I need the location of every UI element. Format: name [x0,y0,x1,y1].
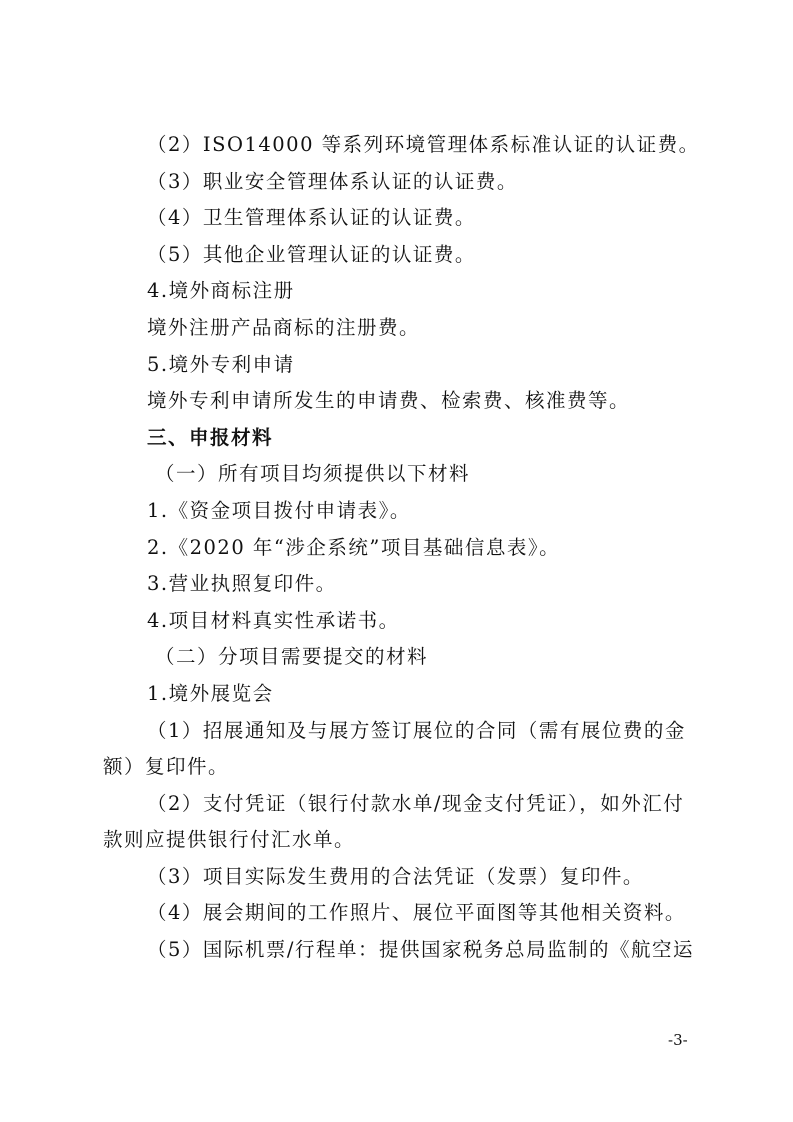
list-item-business-license: 3.营业执照复印件。 [103,566,713,603]
list-item-exhibition-contract-continued: 额）复印件。 [103,749,713,786]
list-item-invoice-copies: （3）项目实际发生费用的合法凭证（发票）复印件。 [103,859,713,896]
section-heading-overseas-patent: 5.境外专利申请 [103,347,713,384]
list-item-air-tickets: （5）国际机票/行程单：提供国家税务总局监制的《航空运 [103,932,713,969]
subsection-heading-project-materials: （二）分项目需要提交的材料 [103,639,713,676]
subsection-heading-common-materials: （一）所有项目均须提供以下材料 [103,456,713,493]
list-item-authenticity-pledge: 4.项目材料真实性承诺书。 [103,603,713,640]
list-item-exhibition-photos: （4）展会期间的工作照片、展位平面图等其他相关资料。 [103,895,713,932]
list-item-other-cert: （5）其他企业管理认证的认证费。 [103,237,713,274]
list-item-iso14000-cert: （2）ISO14000 等系列环境管理体系标准认证的认证费。 [103,127,713,164]
paragraph-trademark-fee: 境外注册产品商标的注册费。 [103,310,713,347]
document-body: （2）ISO14000 等系列环境管理体系标准认证的认证费。 （3）职业安全管理… [103,127,713,969]
list-item-fund-application-form: 1.《资金项目拨付申请表》。 [103,493,713,530]
section-heading-overseas-trademark: 4.境外商标注册 [103,273,713,310]
paragraph-patent-fee: 境外专利申请所发生的申请费、检索费、核准费等。 [103,383,713,420]
list-item-occupational-safety-cert: （3）职业安全管理体系认证的认证费。 [103,164,713,201]
list-item-payment-voucher: （2）支付凭证（银行付款水单/现金支付凭证），如外汇付 [103,786,713,823]
section-heading-application-materials: 三、申报材料 [103,420,713,457]
list-item-hygiene-cert: （4）卫生管理体系认证的认证费。 [103,200,713,237]
list-item-basic-info-form: 2.《2020 年“涉企系统”项目基础信息表》。 [103,530,713,567]
list-item-exhibition-contract: （1）招展通知及与展方签订展位的合同（需有展位费的金 [103,713,713,750]
page-number: -3- [668,1031,688,1049]
section-heading-overseas-exhibition: 1.境外展览会 [103,676,713,713]
list-item-payment-voucher-continued: 款则应提供银行付汇水单。 [103,822,713,859]
